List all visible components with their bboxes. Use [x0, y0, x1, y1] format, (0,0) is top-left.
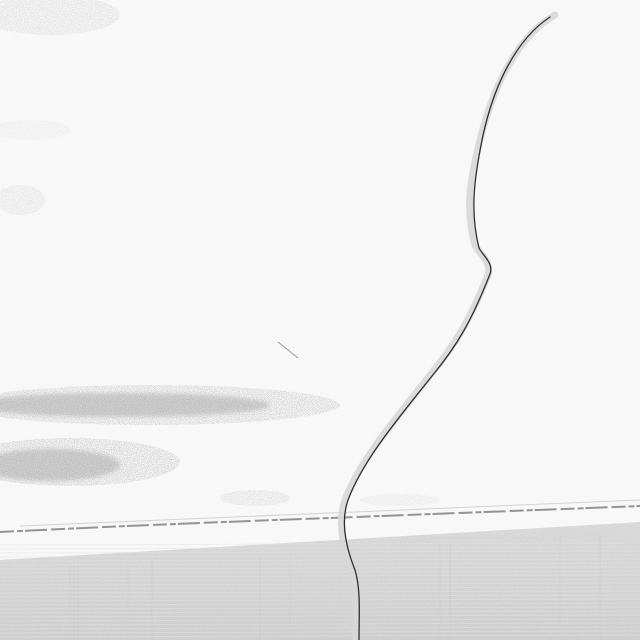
texture-canvas [0, 0, 640, 640]
abstract-texture-image [0, 0, 640, 640]
